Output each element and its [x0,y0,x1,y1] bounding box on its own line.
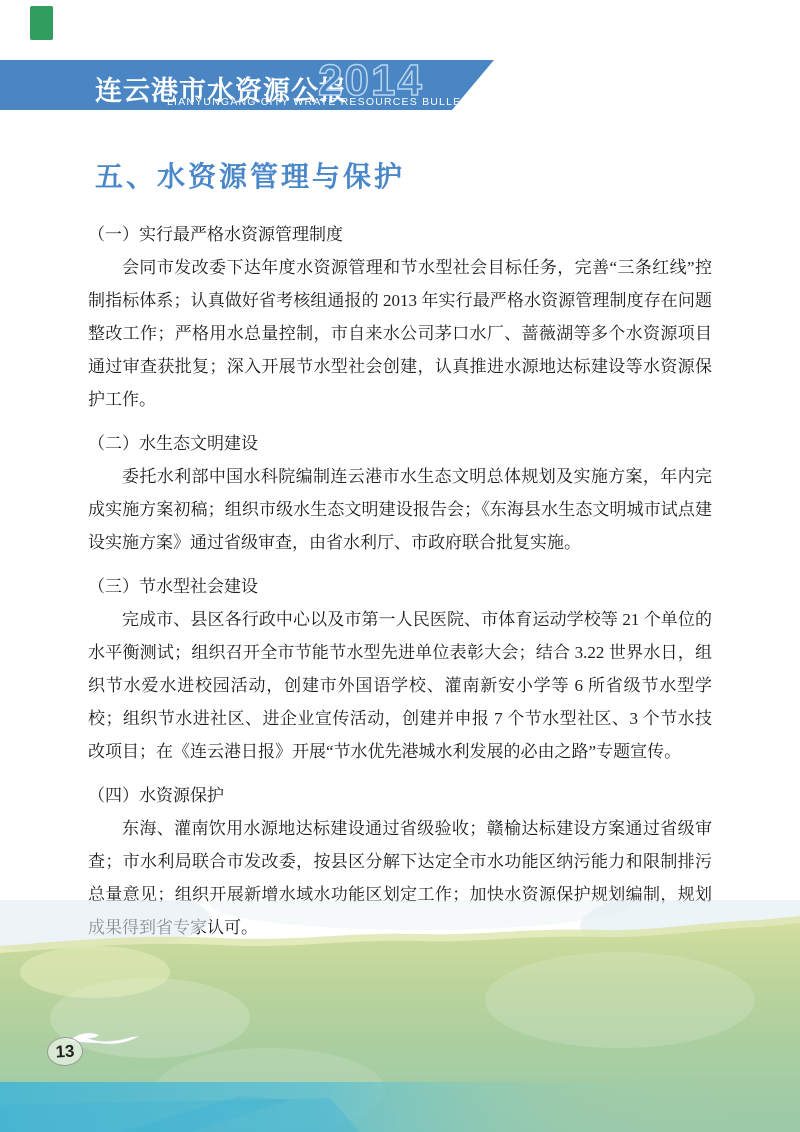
section-1-paragraph: 会同市发改委下达年度水资源管理和节水型社会目标任务，完善“三条红线”控制指标体系… [88,251,712,416]
corner-accent-bar [30,6,53,40]
section-4-paragraph: 东海、灌南饮用水源地达标建设通过省级验收；赣榆达标建设方案通过省级审查；市水利局… [88,812,712,944]
document-body: （一）实行最严格水资源管理制度 会同市发改委下达年度水资源管理和节水型社会目标任… [88,218,712,944]
section-3-title: （三）节水型社会建设 [88,570,712,603]
bulletin-title-en: LIANYUNGANG CITY WRATE RESOURCES BULLETI… [167,96,482,108]
section-4-title: （四）水资源保护 [88,779,712,812]
section-2-title: （二）水生态文明建设 [88,427,712,460]
section-1-title: （一）实行最严格水资源管理制度 [88,218,712,251]
document-page: 连云港市水资源公报 2014 LIANYUNGANG CITY WRATE RE… [0,0,800,1132]
page-number: 13 [55,1041,75,1062]
page-title: 五、水资源管理与保护 [95,155,405,195]
page-number-badge: 13 [46,1036,83,1067]
section-2-paragraph: 委托水利部中国水科院编制连云港市水生态文明总体规划及实施方案，年内完成实施方案初… [88,460,712,559]
header-banner: 连云港市水资源公报 2014 LIANYUNGANG CITY WRATE RE… [0,60,494,110]
section-3-paragraph: 完成市、县区各行政中心以及市第一人民医院、市体育运动学校等 21 个单位的水平衡… [88,603,712,768]
